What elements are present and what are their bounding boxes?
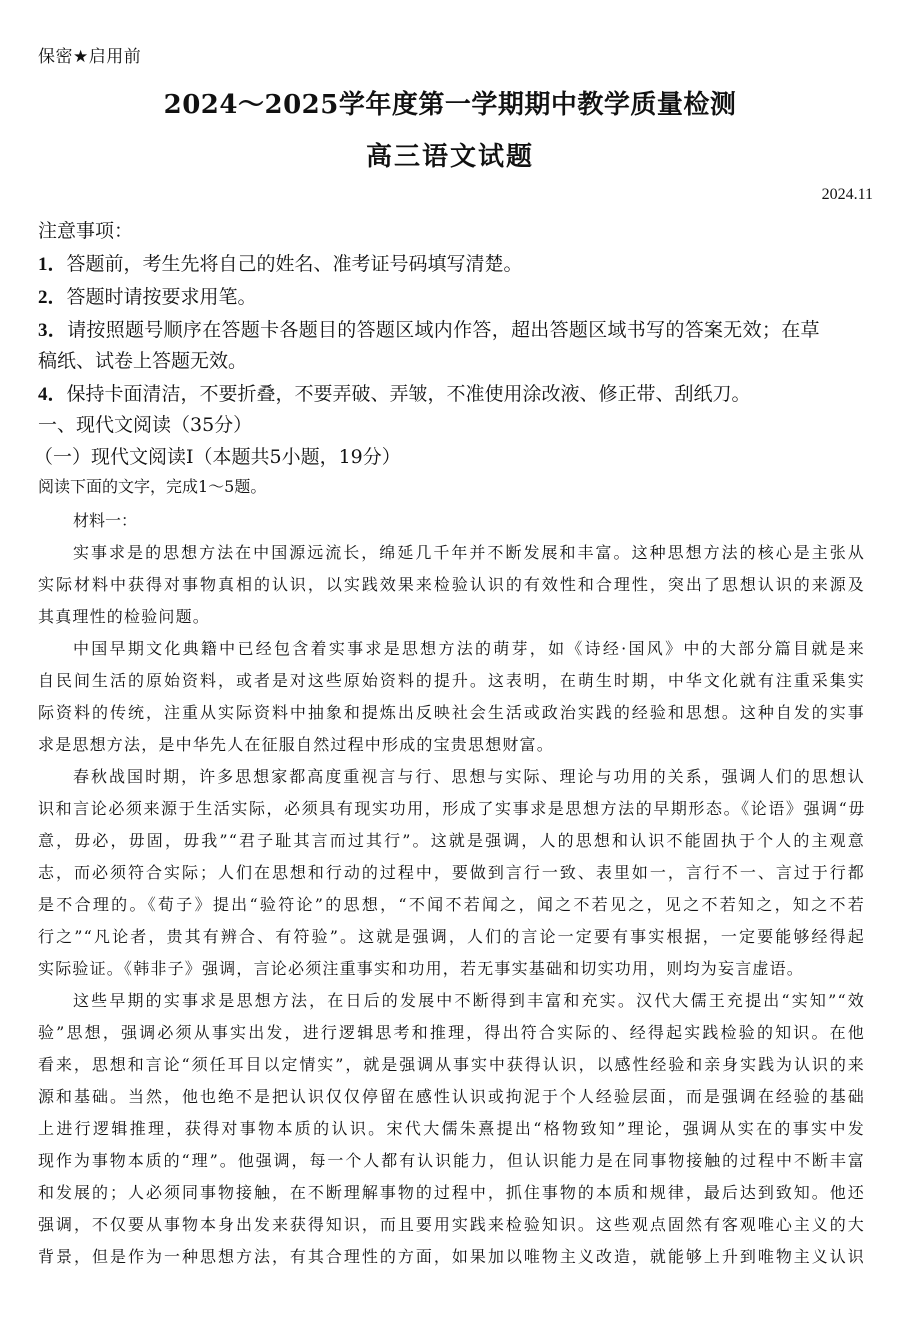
notice-item: 1．答题前，考生先将自己的姓名、准考证号码填写清楚。 — [38, 249, 523, 276]
passage-line: 看来，思想和言论“须任耳目以定情实”，就是强调从事实中获得认识，以感性经验和亲身… — [38, 1052, 865, 1075]
passage-line: 自民间生活的原始资料，或者是对这些原始资料的提升。这表明，在萌生时期，中华文化就… — [38, 668, 865, 691]
passage-line: 中国早期文化典籍中已经包含着实事求是思想方法的萌芽，如《诗经·国风》中的大部分篇… — [73, 636, 865, 659]
passage-line: 和发展的；人必须同事物接触，在不断理解事物的过程中，抓住事物的本质和规律，最后达… — [38, 1180, 865, 1203]
passage-line: 现作为事物本质的“理”。他强调，每一个人都有认识能力，但认识能力是在同事物接触的… — [38, 1148, 865, 1171]
notice-item: 4．保持卡面清洁，不要折叠，不要弄破、弄皱，不准使用涂改液、修正带、刮纸刀。 — [38, 379, 751, 406]
passage-line: 源和基础。当然，他也绝不是把认识仅仅停留在感性认识或拘泥于个人经验层面，而是强调… — [38, 1084, 865, 1107]
passage-line: 求是思想方法，是中华先人在征服自然过程中形成的宝贵思想财富。 — [38, 732, 865, 755]
notice-heading: 注意事项： — [38, 216, 133, 243]
section-heading: 一、现代文阅读（35分） — [38, 410, 252, 437]
passage-line: 验”思想，强调必须从事实出发，进行逻辑思考和推理，得出符合实际的、经得起实践检验… — [38, 1020, 865, 1043]
passage-line: 志，而必须符合实际；人们在思想和行动的过程中，要做到言行一致、表里如一，言行不一… — [38, 860, 865, 883]
passage-line: 背景，但是作为一种思想方法，有其合理性的方面，如果加以唯物主义改造，就能够上升到… — [38, 1244, 865, 1267]
passage-line: 行之”“凡论者，贵其有辨合、有符验”。这就是强调，人们的言论一定要有事实根据，一… — [38, 924, 865, 947]
notice-item-continued: 稿纸、试卷上答题无效。 — [38, 346, 247, 373]
passage-line: 识和言论必须来源于生活实际，必须具有现实功用，形成了实事求是思想方法的早期形态。… — [38, 796, 865, 819]
exam-date: 2024.11 — [822, 186, 873, 204]
passage-line: 际资料的传统，注重从实际资料中抽象和提炼出反映社会生活或政治实践的经验和思想。这… — [38, 700, 865, 723]
notice-item: 2．答题时请按要求用笔。 — [38, 282, 257, 309]
notice-item: 3．请按照题号顺序在答题卡各题目的答题区域内作答，超出答题区域书写的答案无效；在… — [38, 315, 868, 342]
exam-subtitle: 高三语文试题 — [0, 136, 900, 173]
passage-line: 实际材料中获得对事物真相的认识，以实践效果来检验认识的有效性和合理性，突出了思想… — [38, 572, 865, 595]
subsection-heading: （一）现代文阅读Ⅰ（本题共5小题，19分） — [34, 442, 401, 469]
passage-line: 其真理性的检验问题。 — [38, 604, 865, 627]
passage-line: 这些早期的实事求是思想方法，在日后的发展中不断得到丰富和充实。汉代大儒王充提出“… — [73, 988, 865, 1011]
passage-line: 上进行逻辑推理，获得对事物本质的认识。宋代大儒朱熹提出“格物致知”理论，强调从实… — [38, 1116, 865, 1139]
passage-line: 春秋战国时期，许多思想家都高度重视言与行、思想与实际、理论与功用的关系，强调人们… — [73, 764, 865, 787]
passage-line: 实事求是的思想方法在中国源远流长，绵延几千年并不断发展和丰富。这种思想方法的核心… — [73, 540, 865, 563]
exam-title: 2024～2025学年度第一学期期中教学质量检测 — [0, 84, 900, 121]
material-label: 材料一： — [73, 508, 137, 531]
confidential-label: 保密★启用前 — [38, 42, 141, 67]
passage-line: 是不合理的。《荀子》提出“验符论”的思想，“不闻不若闻之，闻之不若见之，见之不若… — [38, 892, 865, 915]
passage-line: 强调，不仅要从事物本身出发来获得知识，而且要用实践来检验知识。这些观点固然有客观… — [38, 1212, 865, 1235]
reading-instruction: 阅读下面的文字，完成1～5题。 — [38, 474, 266, 497]
passage-line: 意，毋必，毋固，毋我”“君子耻其言而过其行”。这就是强调，人的思想和认识不能固执… — [38, 828, 865, 851]
passage-line: 实际验证。《韩非子》强调，言论必须注重事实和功用，若无事实基础和切实功用，则均为… — [38, 956, 865, 979]
